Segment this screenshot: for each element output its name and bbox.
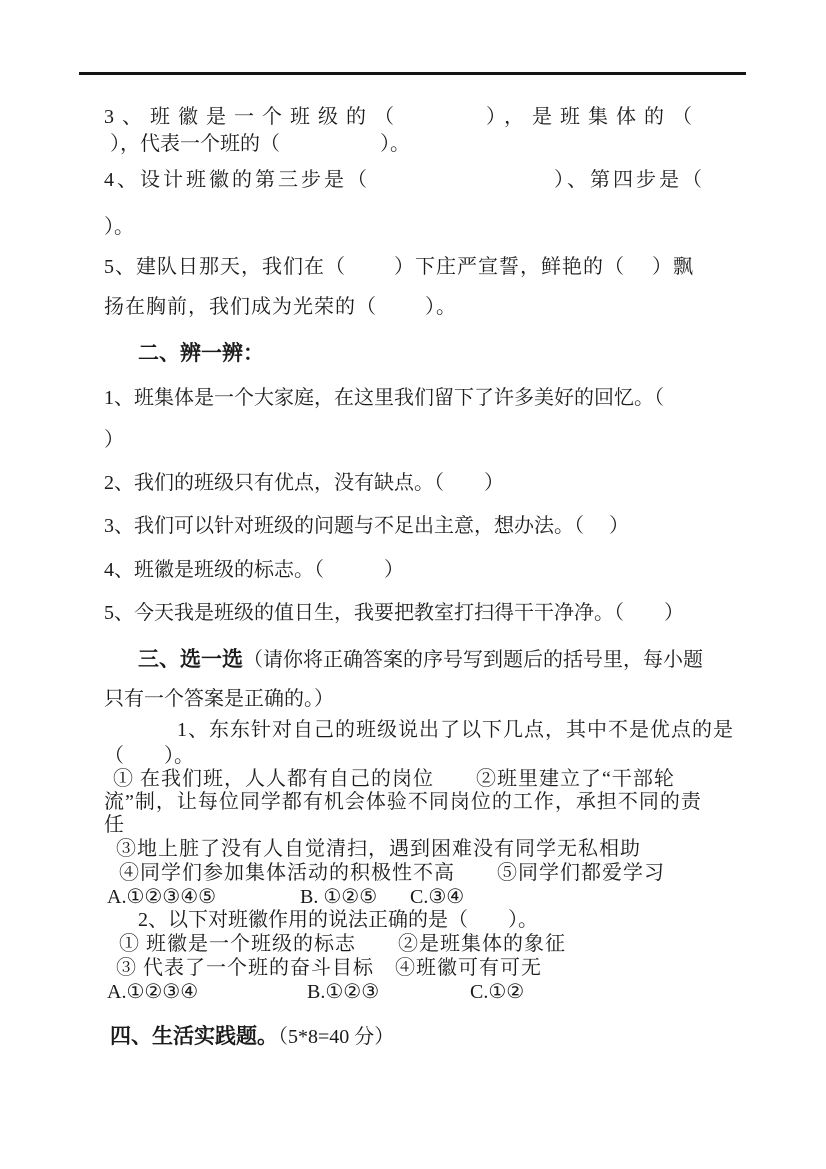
choose-q2-answer-a: A.①②③④ — [107, 979, 198, 1005]
judge-item1-line1: 1、班集体是一个大家庭，在这里我们留下了许多美好的回忆。（ — [104, 385, 664, 411]
choose-q2-answer-c: C.①② — [470, 979, 524, 1005]
choose-q2-option12: ① 班徽是一个班级的标志 ②是班集体的象征 — [119, 931, 566, 957]
choose-q2-answer-b: B.①②③ — [307, 979, 379, 1005]
section-judge-heading: 二、辨一辨： — [138, 340, 264, 366]
fill-q4-line1: 4、设计班徽的第三步是（ ）、第四步是（ — [104, 167, 705, 193]
fill-q3-line1: 3、班徽是一个班级的（ ），是班集体的（ — [104, 104, 700, 130]
choose-q1-option45: ④同学们参加集体活动的积极性不高 ⑤同学们都爱学习 — [119, 860, 665, 886]
section-practice-heading: 四、生活实践题。（5*8=40 分） — [110, 1023, 394, 1050]
choose-q1-option3: ③地上脏了没有人自觉清扫，遇到困难没有同学无私相助 — [116, 836, 641, 862]
section-choose-heading-bold: 三、选一选 — [138, 647, 243, 671]
section-choose-heading-tail: （请你将正确答案的序号写到题后的括号里，每小题 — [243, 649, 703, 671]
choose-q1-options-line3: 任 — [104, 812, 124, 838]
fill-q4-line2: ）。 — [104, 214, 134, 240]
fill-q5-line1: 5、建队日那天，我们在（ ）下庄严宣誓，鲜艳的（ ）飘 — [104, 254, 694, 280]
worksheet-page: 3、班徽是一个班级的（ ），是班集体的（ ），代表一个班的（ ）。 4、设计班徽… — [0, 0, 826, 1169]
judge-item3: 3、我们可以针对班级的问题与不足出主意，想办法。（ ） — [104, 513, 629, 539]
judge-item5: 5、今天我是班级的值日生，我要把教室打扫得干干净净。（ ） — [104, 600, 684, 626]
section-practice-heading-bold: 四、生活实践题。 — [110, 1024, 278, 1048]
fill-q3-line2: ），代表一个班的（ ）。 — [110, 131, 410, 157]
section-choose-heading: 三、选一选（请你将正确答案的序号写到题后的括号里，每小题 — [138, 646, 703, 673]
section-choose-heading-line2: 只有一个答案是正确的。） — [104, 686, 334, 712]
header-rule — [79, 72, 746, 75]
choose-q1-options-line2: 流”制，让每位同学都有机会体验不同岗位的工作，承担不同的责 — [104, 789, 702, 815]
judge-item4: 4、班徽是班级的标志。（ ） — [104, 557, 404, 583]
choose-q2-stem: 2、以下对班徽作用的说法正确的是（ ）。 — [138, 907, 538, 933]
judge-item2: 2、我们的班级只有优点，没有缺点。（ ） — [104, 470, 504, 496]
judge-item1-line2: ） — [104, 427, 124, 453]
choose-q1-stem-line1: 1、东东针对自己的班级说出了以下几点，其中不是优点的是 — [177, 717, 734, 743]
choose-q2-option34: ③ 代表了一个班的奋斗目标 ④班徽可有可无 — [116, 955, 542, 981]
fill-q5-line2: 扬在胸前，我们成为光荣的（ ）。 — [104, 294, 457, 320]
section-practice-heading-tail: （5*8=40 分） — [278, 1026, 394, 1048]
